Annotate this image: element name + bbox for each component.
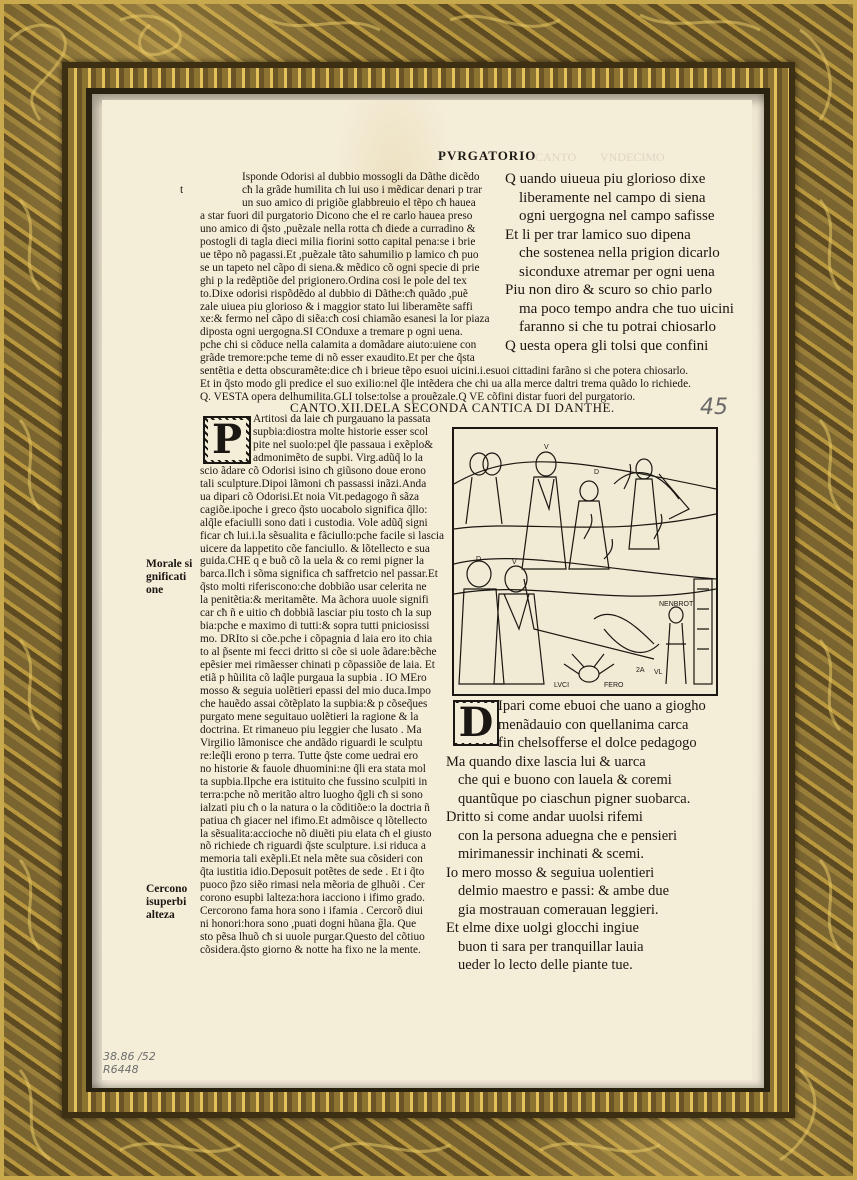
commentary-line: sto pẽsa lhuõ cħ si uuole purgar.Questo … [200,931,450,944]
woodcut-label: V [544,444,549,451]
commentary-line: Artitosi da laie cħ purgauano la passata [200,413,450,426]
verse-line: faranno si che tu potrai chiosarlo [505,318,745,337]
running-head: PVRGATORIO [438,148,536,164]
commentary-line: doctrina. Et rimaneuo piu leggier che lu… [200,724,450,737]
commentary-line: to al p̃sente mi fecci dritto si cõe si … [200,646,450,659]
verse-line: ueder lo lecto delle piante tue. [446,956,736,975]
commentary-wide-line: Et in q̃sto modo gli predice el suo exil… [200,378,720,391]
verse-line: gia mostrauan comerauan leggieri. [446,901,736,920]
commentary-line: a star fuori dil purgatorio Dicono che e… [200,210,500,223]
commentary-line: cõsidera.q̃sto giorno & notte ha fixo ne… [200,944,450,957]
commentary-line: scio ãdare cõ Odorisi isino cħ giũsono d… [200,465,450,478]
woodcut-scene-icon: V D D V NENBROT LVCI FERO VL 2A [454,429,716,694]
commentary-line: mo. DRIto si cõe.pche i cõpagnia d laia … [200,633,450,646]
commentary-line: la penitẽtia:& meritamẽte. Ma ãchora uuo… [200,594,450,607]
show-through-text: CANTO [535,150,576,165]
verse-line: che qui e buono con lauela & coremi [446,771,736,790]
woodcut-label: VL [654,669,663,676]
commentary-line: alq̃le efaciulli sono dati i custodia. V… [200,517,450,530]
commentary-line: pche chi si cõduce nella calamita a domã… [200,339,500,352]
commentary-line: ghi p la redẽptiõe del prigionero.Ordina… [200,275,500,288]
commentary-line: cagiõe.ipoche i greco q̃sto uocabolo sig… [200,504,450,517]
commentary-line: etiã p hũilita cõ laq̃le purgaua la supb… [200,672,450,685]
margin-note-line: isuperbi [146,896,187,909]
commentary-line: car cħ ñ e uitio cħ dobbiã lasciar piu t… [200,607,450,620]
commentary-line: Cercorono fama hora sono i ifamia . Cerc… [200,905,450,918]
commentary-line: supbia:diostra molte historie esser scol [200,426,450,439]
marginal-mark: t [180,184,183,197]
commentary-wide-line: sentẽtia e detta obscuramẽte:dice cħ i b… [200,365,720,378]
commentary-line: purgato mene seguitauo uolẽtieri la ragi… [200,711,450,724]
margin-note-line: Morale si [146,558,192,571]
commentary-line: uno amico di q̃sto ,puẽzale nella rotta … [200,223,500,236]
margin-note-line: alteza [146,909,187,922]
woodcut-label: D [476,556,481,563]
verse-line: liberamente nel campo di siena [505,189,745,208]
commentary-line: admonimẽto de supbi. Virg.adũq̃ lo la [200,452,450,465]
commentary-line: Isponde Odorisi al dubbio mossogli da Dã… [200,171,500,184]
commentary-line: q̃sto molti riferiscono:che dobbião usar… [200,581,450,594]
verse-canto: Ipari come ebuoi che uano a giogho menãd… [446,697,736,975]
verse-line: fin chelsofferse el dolce pedagogo [446,734,736,753]
commentary-line: la sẽsualita:accioche nõ diuẽti piu elat… [200,828,450,841]
commentary-line: epẽsier mei rimãesser chinati p cõpassiõ… [200,659,450,672]
commentary-line: cħ la grãde humilita cħ lui uso i mẽdica… [200,184,500,197]
commentary-line: no historie & fauole dhuomini:ne q̃li er… [200,763,450,776]
commentary-line: Virgilio lãmonisce che andãdo riguardi l… [200,737,450,750]
commentary-line: guida.CHE q e buõ cõ la uela & co remi p… [200,555,450,568]
verse-line: quantũque po ciaschun pigner suobarca. [446,790,736,809]
commentary-line: bia:pche e maximo di tutti:& sopra tutti… [200,620,450,633]
commentary-line: che hauẽdo assai cõtẽplato la supbia:& p… [200,698,450,711]
commentary-line: mosso & seguia uolẽtieri epassi del mio … [200,685,450,698]
verse-line: Io mero mosso & seguiua uolentieri [446,864,736,883]
verse-line: Et li per trar lamico suo dipena [505,226,745,245]
verse-line: ma poco tempo andra che tuo uicini [505,300,745,319]
commentary-line: postogli di tagla dieci milia fiorini so… [200,236,500,249]
verse-line: siconduxe atremar per ogni uena [505,263,745,282]
commentary-line: ua dipari cõ Odorisi.Et noia Vit.pedagog… [200,491,450,504]
show-through-text: VNDECIMO [600,150,665,165]
pencil-folio-number: 45 [700,395,728,420]
woodcut-illustration: V D D V NENBROT LVCI FERO VL 2A [452,427,718,696]
commentary-top: Isponde Odorisi al dubbio mossogli da Dã… [200,171,500,365]
verse-line: Q uando uiueua piu glorioso dixe [505,170,745,189]
commentary-line: se un tapeto nel cãpo di siena.& mẽdico … [200,262,500,275]
verse-line: Ma quando dixe lascia lui & uarca [446,753,736,772]
verse-line: Dritto si come andar uuolsi rifemi [446,808,736,827]
margin-note-cercono: Cercono isuperbi alteza [146,883,187,922]
margin-note-line: one [146,584,192,597]
woodcut-label: LVCI [554,682,569,689]
commentary-line: diposta ogni uergogna.SI COnduxe a trema… [200,326,500,339]
commentary-line: xe:& fermo nel cãpo di siẽa:cħ cosi chia… [200,313,500,326]
verse-line: buon ti sara per tranquillar lauia [446,938,736,957]
verse-line: che sostenea nella prigion dicarlo [505,244,745,263]
commentary-line: tali sculpture.Dipoi lãmoni cħ passassi … [200,478,450,491]
commentary-line: barca.Ilcħ i sõma significa cħ saffretci… [200,568,450,581]
verse-line: Ipari come ebuoi che uano a giogho [446,697,736,716]
commentary-line: ta supbia.Ilpche era istituito che fussi… [200,776,450,789]
verse-top: Q uando uiueua piu glorioso dixe liberam… [505,170,745,355]
verse-line: Q uesta opera gli tolsi que confini [505,337,745,356]
commentary-line: ficar cħ lui.i.la sẽsualita e fãciullo:p… [200,530,450,543]
verse-line: ogni uergogna nel campo safisse [505,207,745,226]
margin-note-morale: Morale si gnificati one [146,558,192,597]
commentary-line: uicere da lappetito cõe fanciullo. & lõt… [200,543,450,556]
verse-line: delmio maestro e passi: & ambe due [446,882,736,901]
commentary-line: to.Dixe odorisi rispõdẽdo al dubbio di D… [200,288,500,301]
woodcut-label: D [594,469,599,476]
commentary-line: puoco p̃zo siẽo rimasi nela mẽoria de gl… [200,879,450,892]
accession-line: 38.86 /52 [103,1050,156,1063]
commentary-line: re:leq̃li erono p terra. Tutte q̃ste com… [200,750,450,763]
woodcut-label: NENBROT [659,601,694,608]
woodcut-label: V [512,559,517,566]
commentary-line: ni honori:hora sono ,puati dogni hũana g… [200,918,450,931]
margin-note-line: Cercono [146,883,187,896]
commentary-line: memoria tali exẽpli.Et nela mẽte sua cõs… [200,853,450,866]
commentary-line: q̃ta iustitia idio.Deposuit potẽtes de s… [200,866,450,879]
commentary-line: ue tẽpo nõ pagassi.Et ,puẽzale tãto sahu… [200,249,500,262]
verse-line: con la persona aduegna che e pensieri [446,827,736,846]
commentary-line: terra:pche nõ meritão altro luogho q̃gli… [200,789,450,802]
woodcut-label: 2A [636,667,645,674]
commentary-canto: Artitosi da laie cħ purgauano la passata… [200,413,450,957]
accession-line: R6448 [103,1063,156,1076]
accession-note: 38.86 /52 R6448 [103,1050,156,1076]
commentary-line: nõ richiede cħ riguardi q̃ste sculpture.… [200,840,450,853]
commentary-line: grãde tremore:pche teme di nõ esser exau… [200,352,500,365]
verse-line: Et elme dixe uolgi glocchi ingiue [446,919,736,938]
verse-line: menãdauio con quellanima carca [446,716,736,735]
commentary-line: pite nel suolo:pel q̃le passaua i exẽplo… [200,439,450,452]
woodcut-label: FERO [604,682,624,689]
commentary-line: un suo amico di prigiõe glabbreuio el tẽ… [200,197,500,210]
commentary-line: ialzati piu cħ o la natura o la cõditiõe… [200,802,450,815]
commentary-line: patiua cħ giacer nel ifimo.Et admõisce q… [200,815,450,828]
commentary-line: zale uiuea piu glorioso & i maggior stat… [200,301,500,314]
verse-line: mirimanessir inchinati & scemi. [446,845,736,864]
margin-note-line: gnificati [146,571,192,584]
commentary-line: corono esupbi lalteza:hora iacciono i if… [200,892,450,905]
verse-line: Piu non diro & scuro so chio parlo [505,281,745,300]
